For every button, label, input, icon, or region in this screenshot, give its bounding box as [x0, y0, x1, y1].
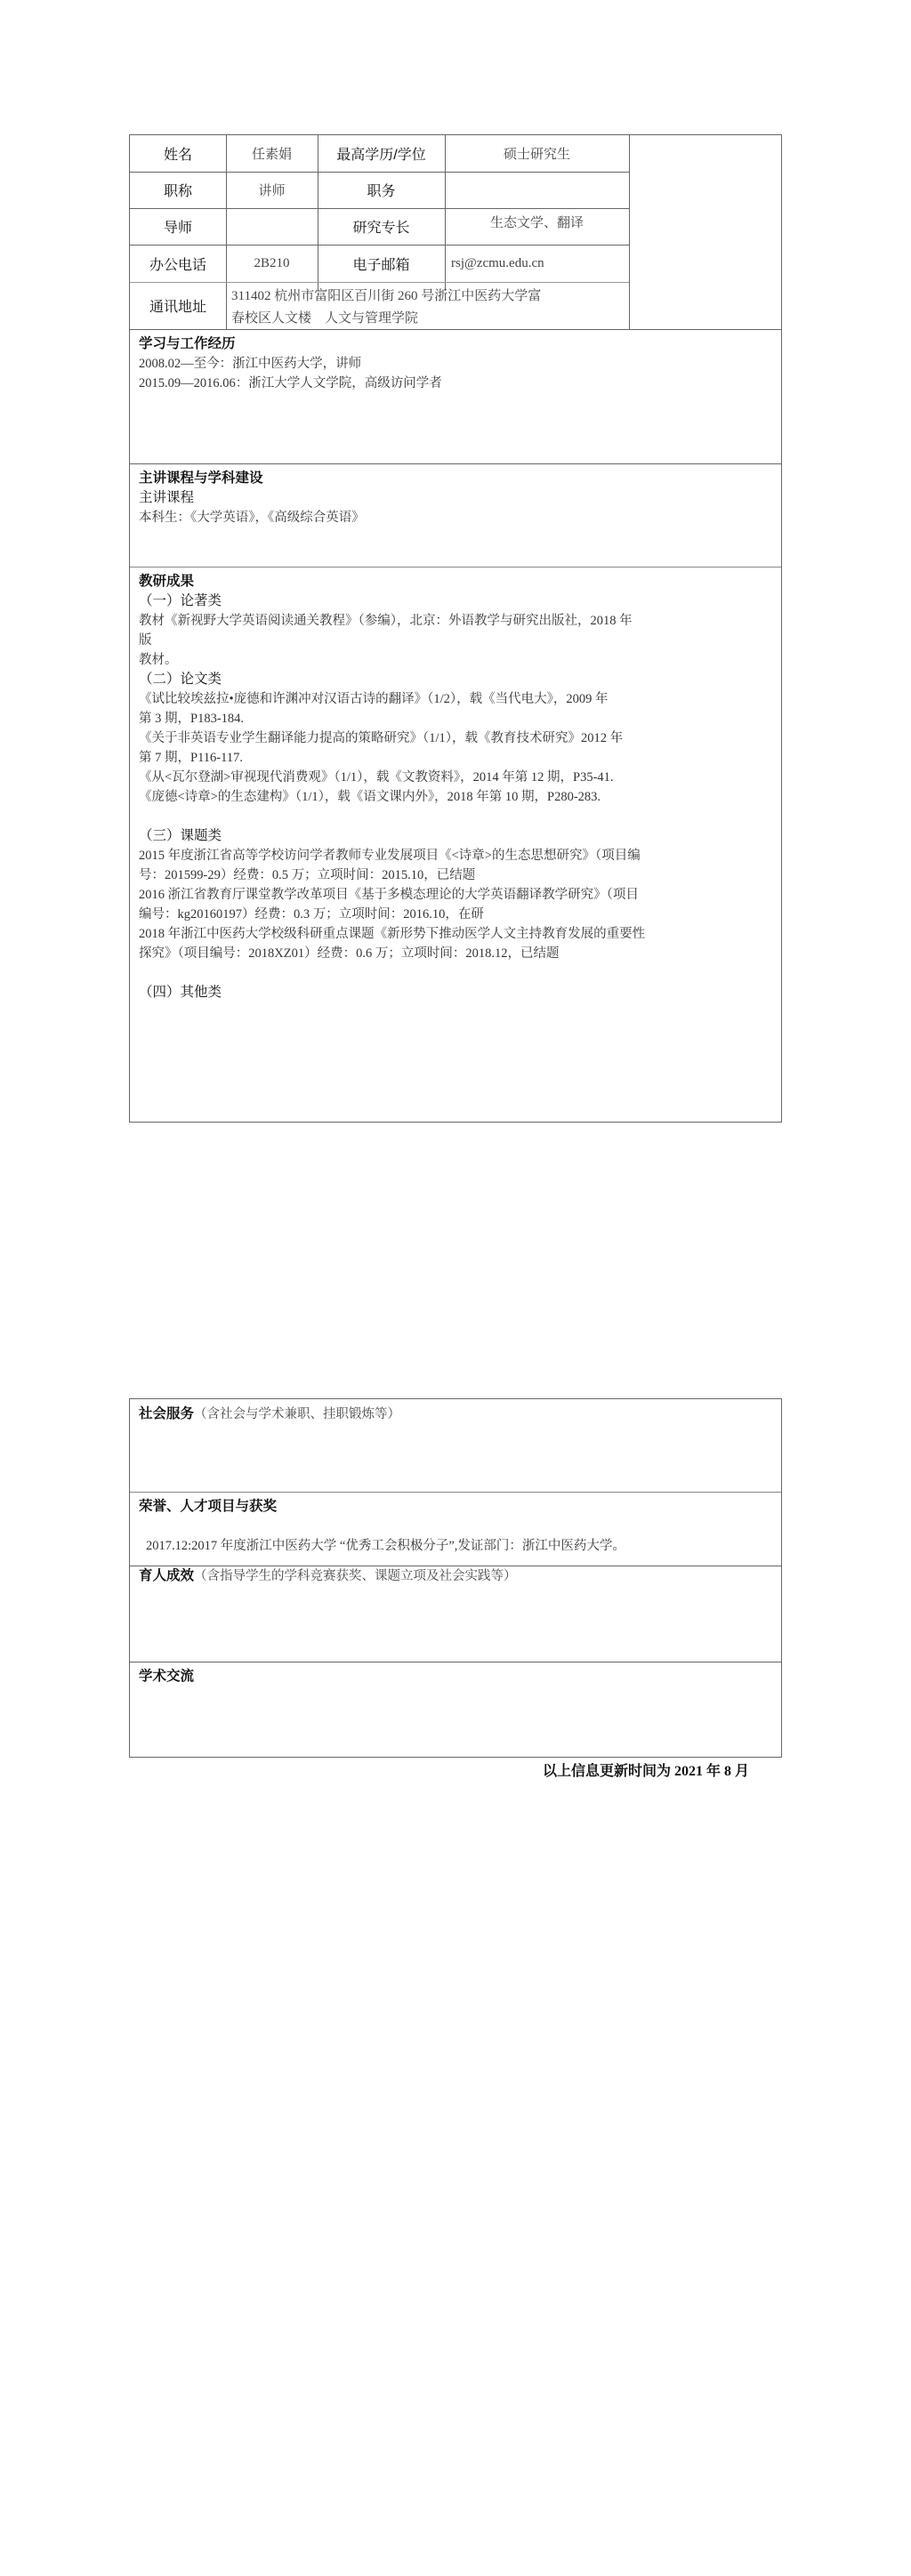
exchange-section: 学术交流	[130, 1662, 781, 1757]
address-label: 通讯地址	[130, 282, 226, 329]
courses-subtitle: 主讲课程	[139, 488, 774, 508]
update-note: 以上信息更新时间为 2021 年 8 月	[543, 1759, 749, 1780]
title-label: 职称	[130, 172, 226, 208]
supervisor-label: 导师	[130, 208, 226, 245]
projects-title: （三）课题类	[139, 826, 774, 846]
courses-title: 主讲课程与学科建设	[139, 469, 774, 488]
paper-line: 第 3 期，P183-184.	[139, 709, 774, 729]
address-line-2: 春校区人文楼 人文与管理学院	[231, 308, 418, 330]
research-title: 教研成果	[139, 572, 774, 592]
address-line-1: 311402 杭州市富阳区百川街 260 号浙江中医药大学富	[231, 286, 541, 308]
project-line: 2016 浙江省教育厅课堂教学改革项目《基于多模态理论的大学英语翻译教学研究》（…	[139, 885, 774, 905]
experience-section: 学习与工作经历 2008.02—至今：浙江中医药大学，讲师 2015.09—20…	[130, 329, 781, 463]
profile-table-page1: 姓名 任素娟 最高学历/学位 硕士研究生 职称 讲师 职务 导师 研究专长 生态…	[129, 134, 782, 1123]
paper-line: 《关于非英语专业学生翻译能力提高的策略研究》（1/1），载《教育技术研究》201…	[139, 729, 774, 748]
email-value: rsj@zcmu.edu.cn	[445, 245, 629, 282]
honor-item: 2017.12:2017 年度浙江中医药大学 “优秀工会积极分子”,发证部门：浙…	[139, 1536, 774, 1556]
mentoring-section: 育人成效（含指导学生的学科竞赛获奖、课题立项及社会实践等）	[130, 1566, 781, 1662]
project-line: 2018 年浙江中医药大学校级科研重点课题《新形势下推动医学人文主持教育发展的重…	[139, 924, 774, 944]
photo-placeholder	[629, 135, 781, 329]
social-service-title: 社会服务	[139, 1406, 194, 1421]
position-value	[445, 172, 629, 208]
paper-line: 第 7 期，P116-117.	[139, 748, 774, 768]
mentoring-hint: （含指导学生的学科竞赛获奖、课题立项及社会实践等）	[194, 1569, 517, 1583]
experience-title: 学习与工作经历	[139, 334, 774, 354]
papers-title: （二）论文类	[139, 670, 774, 689]
paper-line: 《从<瓦尔登湖>审视现代消费观》（1/1），载《文教资料》，2014 年第 12…	[139, 768, 774, 787]
paper-line: 《试比较埃兹拉•庞德和许渊冲对汉语古诗的翻译》（1/2），载《当代电大》，200…	[139, 689, 774, 709]
mentoring-title: 育人成效	[139, 1568, 194, 1583]
office-phone-label: 办公电话	[130, 245, 226, 282]
book-line: 版	[139, 631, 774, 650]
social-service-hint: （含社会与学术兼职、挂职锻炼等）	[194, 1407, 400, 1421]
address-value: 311402 杭州市富阳区百川街 260 号浙江中医药大学富 春校区人文楼 人文…	[226, 282, 629, 329]
honors-title: 荣誉、人才项目与获奖	[139, 1497, 774, 1517]
supervisor-value	[226, 208, 318, 245]
project-line: 探究》（项目编号：2018XZ01）经费：0.6 万；立项时间：2018.12，…	[139, 944, 774, 963]
book-line: 教材《新视野大学英语阅读通关教程》（参编），北京：外语教学与研究出版社，2018…	[139, 611, 774, 631]
paper-line: 《庞德<诗章>的生态建构》（1/1），载《语文课内外》，2018 年第 10 期…	[139, 787, 774, 807]
honors-section: 荣誉、人才项目与获奖 2017.12:2017 年度浙江中医药大学 “优秀工会积…	[130, 1492, 781, 1566]
email-label: 电子邮箱	[318, 245, 445, 282]
office-phone-value: 2B210	[226, 245, 318, 282]
research-section: 教研成果 （一）论著类 教材《新视野大学英语阅读通关教程》（参编），北京：外语教…	[130, 567, 781, 1122]
experience-item: 2015.09—2016.06：浙江大学人文学院，高级访问学者	[139, 374, 774, 393]
experience-item: 2008.02—至今：浙江中医药大学，讲师	[139, 354, 774, 374]
position-label: 职务	[318, 172, 445, 208]
course-item: 本科生：《大学英语》，《高级综合英语》	[139, 508, 774, 527]
project-line: 2015 年度浙江省高等学校访问学者教师专业发展项目《<诗章>的生态思想研究》（…	[139, 846, 774, 865]
social-service-section: 社会服务（含社会与学术兼职、挂职锻炼等）	[130, 1399, 781, 1492]
name-label: 姓名	[130, 135, 226, 172]
project-line: 编号：kg20160197）经费：0.3 万；立项时间：2016.10，在研	[139, 905, 774, 924]
profile-table-page2: 社会服务（含社会与学术兼职、挂职锻炼等） 荣誉、人才项目与获奖 2017.12:…	[129, 1398, 782, 1758]
others-title: （四）其他类	[139, 983, 774, 1002]
project-line: 号：201599-29）经费：0.5 万；立项时间：2015.10，已结题	[139, 865, 774, 885]
name-value: 任素娟	[226, 135, 318, 172]
courses-section: 主讲课程与学科建设 主讲课程 本科生：《大学英语》，《高级综合英语》	[130, 463, 781, 567]
specialty-value: 生态文学、翻译	[445, 208, 629, 235]
degree-label: 最高学历/学位	[318, 135, 445, 172]
books-title: （一）论著类	[139, 592, 774, 611]
degree-value: 硕士研究生	[445, 135, 629, 172]
book-line: 教材。	[139, 650, 774, 670]
title-value: 讲师	[226, 172, 318, 208]
exchange-title: 学术交流	[139, 1667, 774, 1686]
specialty-label: 研究专长	[318, 208, 445, 245]
